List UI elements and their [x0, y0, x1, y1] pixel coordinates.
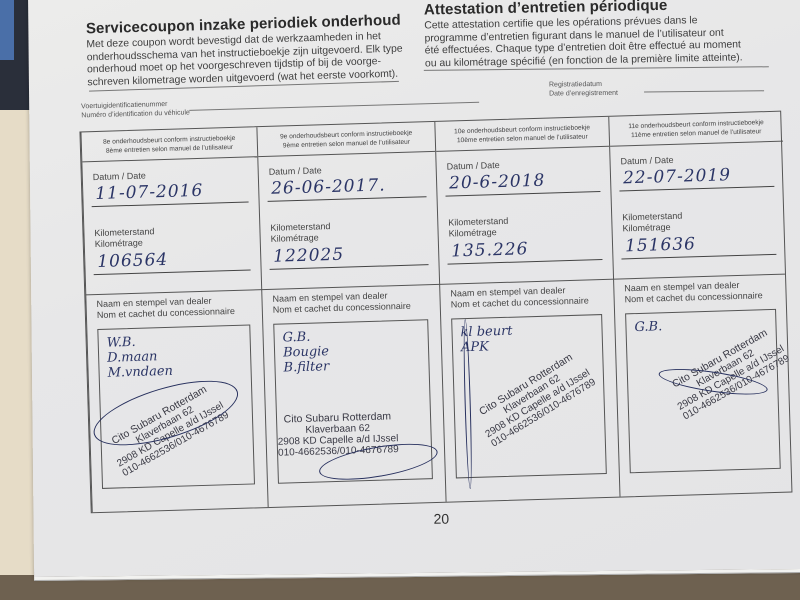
- mileage-value[interactable]: 151636: [625, 234, 696, 256]
- km-label: Kilometerstand Kilométrage: [94, 226, 155, 250]
- dealer-stamp-box: W.B.D.maanM.vndaen Cito Subaru Rotterdam…: [97, 324, 255, 488]
- service-record-table: 8e onderhoudsbeurt conform instructieboe…: [79, 111, 792, 514]
- dealer-stamp: Cito Subaru Rotterdam Klaverbaan 62 2908…: [472, 349, 598, 450]
- handwritten-note: W.B.D.maanM.vndaen: [107, 334, 174, 381]
- service-column-heading: 11e onderhoudsbeurt conform instructiebo…: [609, 112, 783, 147]
- dealer-stamp-label: Naam en stempel van dealer Nom et cachet…: [96, 295, 235, 321]
- handwritten-note: G.B.: [634, 319, 662, 335]
- reg-label-fr: Date d’enregistrement: [549, 89, 618, 99]
- service-booklet-page: Servicecoupon inzake periodiek onderhoud…: [28, 0, 800, 577]
- handwritten-note-line: B.filter: [283, 359, 329, 375]
- service-date-value[interactable]: 26-06-2017.: [271, 175, 386, 198]
- handwritten-note-line: G.B.: [282, 329, 328, 345]
- header-french: Attestation d’entretien périodique Cette…: [424, 0, 795, 70]
- service-column-heading: 10e onderhoudsbeurt conform instructiebo…: [435, 117, 609, 152]
- dealer-stamp-label: Naam en stempel van dealer Nom et cachet…: [272, 290, 411, 316]
- km-label-fr: Kilométrage: [95, 237, 155, 250]
- dealer-stamp-label: Naam en stempel van dealer Nom et cachet…: [450, 284, 589, 310]
- service-column-10: 10e onderhoudsbeurt conform instructiebo…: [434, 117, 619, 502]
- dealer-stamp-box: G.B.BougieB.filter Cito Subaru Rotterdam…: [273, 319, 433, 484]
- service-column-heading: 9e onderhoudsbeurt conform instructieboe…: [257, 122, 435, 157]
- handwritten-note-line: M.vndaen: [107, 364, 173, 381]
- mileage-value[interactable]: 135.226: [451, 239, 529, 261]
- date-label: Datum / Date: [620, 155, 673, 168]
- dealer-stamp-box: kl beurtAPK Cito Subaru Rotterdam Klaver…: [451, 314, 607, 478]
- handwritten-note-line: Bougie: [283, 344, 329, 360]
- km-label-nl: Kilometerstand: [270, 221, 330, 234]
- service-date-value[interactable]: 20-6-2018: [449, 171, 546, 194]
- registration-date-label: Registratiedatum Date d’enregistrement: [549, 80, 618, 99]
- km-label: Kilometerstand Kilométrage: [448, 216, 509, 240]
- handwritten-note-line: APK: [461, 339, 513, 356]
- mileage-value[interactable]: 106564: [97, 250, 168, 272]
- background-page-stack: [0, 110, 34, 580]
- header-french-body: Cette attestation certifie que les opéra…: [424, 13, 795, 70]
- km-label-nl: Kilometerstand: [94, 226, 154, 239]
- dealer-stamp-label: Naam en stempel van dealer Nom et cachet…: [624, 279, 763, 305]
- vin-field[interactable]: [189, 102, 479, 111]
- mileage-value[interactable]: 122025: [273, 245, 344, 267]
- background-blue-object: [0, 0, 14, 60]
- km-label-fr: Kilométrage: [271, 232, 331, 245]
- date-label: Datum / Date: [93, 171, 146, 184]
- page-number: 20: [433, 511, 449, 527]
- km-label: Kilometerstand Kilométrage: [270, 221, 331, 245]
- date-label: Datum / Date: [446, 160, 499, 173]
- handwritten-note-line: G.B.: [634, 319, 662, 335]
- header-dutch-body: Met deze coupon wordt bevestigd dat de w…: [86, 30, 427, 89]
- service-date-value[interactable]: 22-07-2019: [623, 165, 732, 188]
- service-column-8: 8e onderhoudsbeurt conform instructieboe…: [80, 127, 267, 512]
- handwritten-note: G.B.BougieB.filter: [282, 329, 329, 375]
- date-label: Datum / Date: [269, 165, 322, 178]
- km-label-nl: Kilometerstand: [622, 211, 682, 224]
- registration-date-field[interactable]: [644, 90, 764, 92]
- service-date-value[interactable]: 11-07-2016: [95, 181, 204, 204]
- vin-label: Voertuigidentificatienummer Numéro d’ide…: [81, 99, 190, 120]
- header-dutch: Servicecoupon inzake periodiek onderhoud…: [86, 11, 428, 89]
- service-column-heading: 8e onderhoudsbeurt conform instructieboe…: [81, 127, 257, 162]
- km-label-nl: Kilometerstand: [448, 216, 508, 229]
- handwritten-note-line: kl beurt: [460, 324, 512, 341]
- km-label-fr: Kilométrage: [622, 222, 682, 235]
- km-label-fr: Kilométrage: [448, 227, 508, 240]
- km-label: Kilometerstand Kilométrage: [622, 211, 683, 235]
- service-column-11: 11e onderhoudsbeurt conform instructiebo…: [608, 112, 793, 497]
- service-column-9: 9e onderhoudsbeurt conform instructieboe…: [256, 122, 445, 507]
- dealer-stamp-box: G.B. Cito Subaru Rotterdam Klaverbaan 62…: [625, 309, 781, 473]
- vin-label-fr: Numéro d’identification du véhicule: [81, 108, 190, 120]
